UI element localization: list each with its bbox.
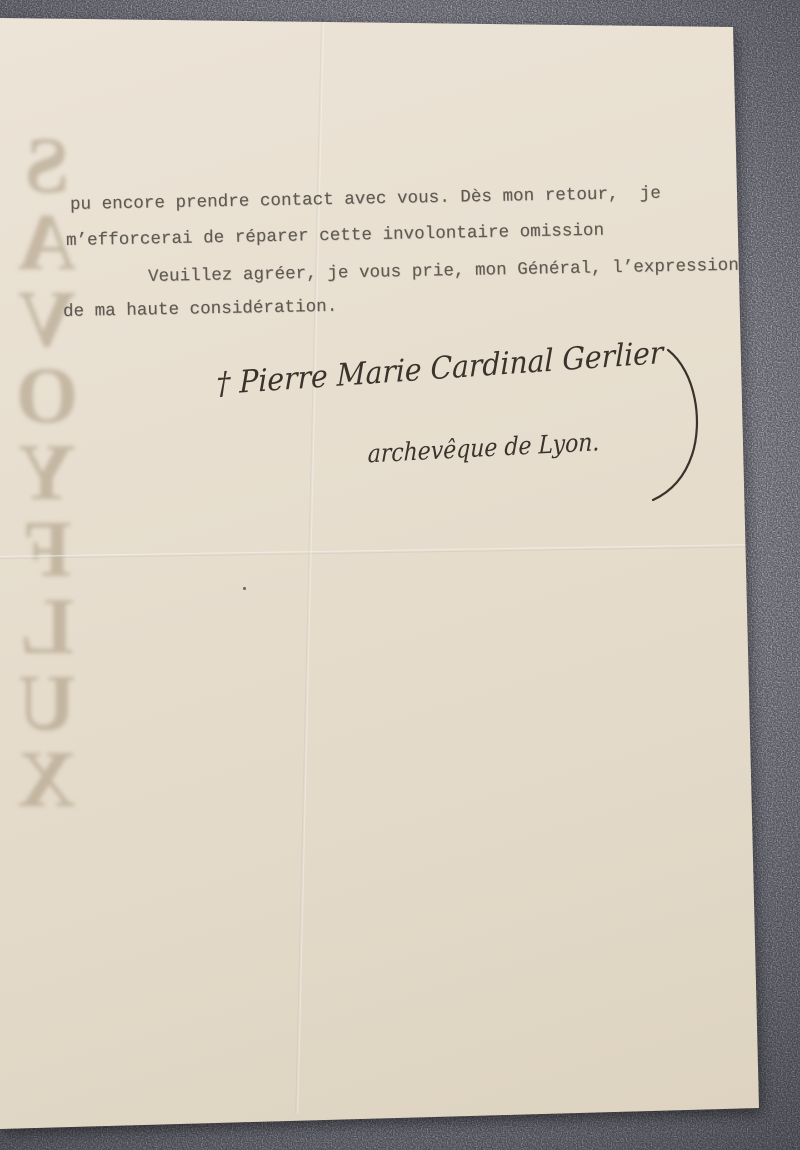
typed-text-line-1: pu encore prendre contact avec vous. Dès… (70, 183, 661, 216)
signature-title: archevêque de Lyon. (368, 427, 600, 468)
paper-speck (243, 587, 246, 590)
typed-text-line-3: Veuillez agréer, je vous prie, mon Génér… (148, 255, 739, 288)
horizontal-fold-crease (0, 544, 760, 559)
vertical-fold-crease (295, 22, 324, 1114)
photo-of-letter: SAVOYFLUX pu encore prendre contact avec… (0, 0, 800, 1150)
typed-text-line-4: de ma haute considération. (63, 296, 338, 323)
letter-paper: SAVOYFLUX pu encore prendre contact avec… (0, 0, 800, 1150)
signature-flourish-stroke (653, 350, 697, 500)
typed-text-line-2: m’efforcerai de réparer cette involontai… (66, 220, 604, 252)
letter-paper-shadow: SAVOYFLUX pu encore prendre contact avec… (0, 0, 800, 1150)
signature-name: † Pierre Marie Cardinal Gerlier (216, 335, 665, 402)
signature-block: † Pierre Marie Cardinal Gerlier archevêq… (206, 342, 716, 517)
